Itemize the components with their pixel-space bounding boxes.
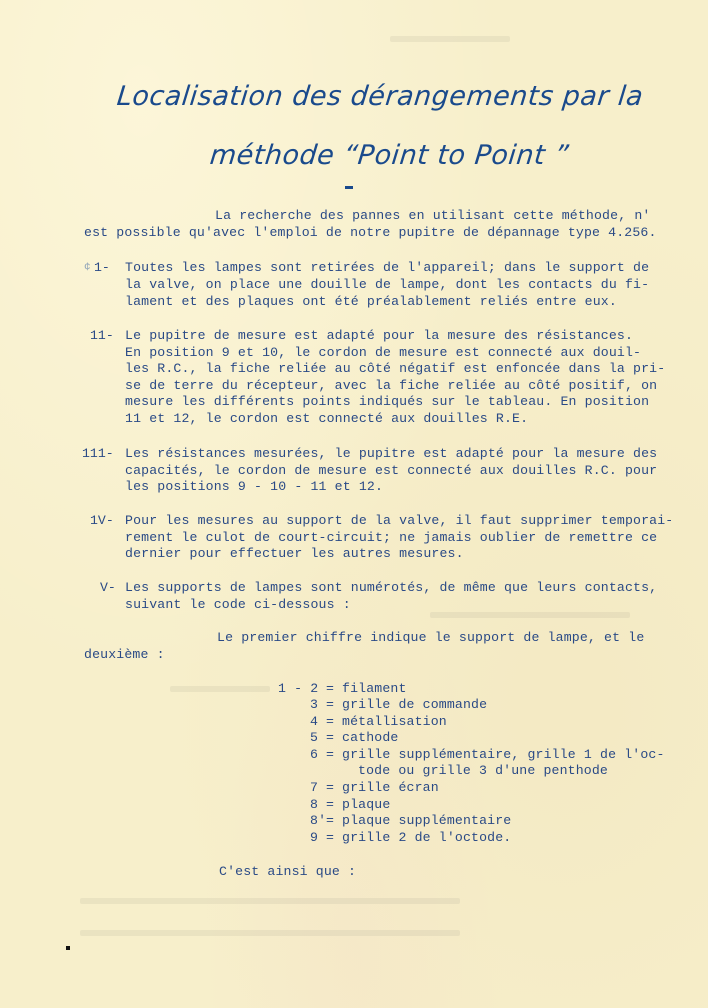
- code-key: 3: [310, 697, 318, 714]
- punch-dot: [66, 946, 70, 950]
- code-value: plaque supplémentaire: [342, 813, 511, 830]
- document-title-line1: Localisation des dérangements par la: [115, 81, 644, 112]
- code-value: plaque: [342, 797, 390, 814]
- code-equals: =: [326, 747, 334, 764]
- code-equals: =: [326, 813, 334, 830]
- code-value: filament: [342, 681, 407, 698]
- section-1-marker: 1-: [94, 260, 110, 275]
- section-1-line: Toutes les lampes sont retirées de l'app…: [125, 260, 649, 277]
- code-equals: =: [326, 830, 334, 847]
- section-2-line: mesure les différents points indiqués su…: [125, 394, 649, 411]
- code-intro-line-1: Le premier chiffre indique le support de…: [217, 630, 644, 647]
- section-2-line: En position 9 et 10, le cordon de mesure…: [125, 345, 641, 362]
- code-key: 5: [310, 730, 318, 747]
- section-3-marker: 111-: [82, 446, 114, 461]
- code-key: 8': [310, 813, 326, 830]
- code-value: grille écran: [342, 780, 439, 797]
- section-2-line: les R.C., la fiche reliée au côté négati…: [125, 361, 665, 378]
- section-3-line: les positions 9 - 10 - 11 et 12.: [125, 479, 383, 496]
- show-through-mark: [170, 686, 270, 692]
- code-value-continuation: tode ou grille 3 d'une penthode: [358, 763, 608, 780]
- handwritten-mark: ¢: [84, 262, 91, 274]
- code-intro-line-2: deuxième :: [84, 647, 165, 664]
- show-through-mark: [430, 612, 630, 618]
- code-key: 4: [310, 714, 318, 731]
- show-through-mark: [80, 898, 460, 904]
- code-equals: =: [326, 730, 334, 747]
- code-equals: =: [326, 797, 334, 814]
- code-equals: =: [326, 681, 334, 698]
- code-equals: =: [326, 780, 334, 797]
- intro-line-2: est possible qu'avec l'emploi de notre p…: [84, 225, 657, 242]
- code-key: 7: [310, 780, 318, 797]
- code-value: grille 2 de l'octode.: [342, 830, 511, 847]
- section-1-line: la valve, on place une douille de lampe,…: [125, 277, 649, 294]
- code-equals: =: [326, 697, 334, 714]
- section-1-line: lament et des plaques ont été préalablem…: [125, 294, 617, 311]
- title-underline-dash: [345, 186, 353, 189]
- section-3-line: Les résistances mesurées, le pupitre est…: [125, 446, 657, 463]
- section-5-marker: V-: [100, 580, 116, 595]
- section-4-line: Pour les mesures au support de la valve,…: [125, 513, 673, 530]
- closing-line: C'est ainsi que :: [219, 864, 356, 881]
- show-through-mark: [80, 930, 460, 936]
- code-equals: =: [326, 714, 334, 731]
- code-key: 8: [310, 797, 318, 814]
- section-2-line: se de terre du récepteur, avec la fiche …: [125, 378, 657, 395]
- section-4-marker: 1V-: [90, 513, 114, 528]
- section-3-line: capacités, le cordon de mesure est conne…: [125, 463, 657, 480]
- document-page: Localisation des dérangements par la mét…: [0, 0, 708, 1008]
- section-5-line: suivant le code ci-dessous :: [125, 597, 351, 614]
- code-value: métallisation: [342, 714, 447, 731]
- code-value: grille supplémentaire, grille 1 de l'oc-: [342, 747, 665, 764]
- document-title-line2: méthode “Point to Point ”: [208, 140, 570, 171]
- intro-line-1: La recherche des pannes en utilisant cet…: [215, 208, 650, 225]
- section-2-line: Le pupitre de mesure est adapté pour la …: [125, 328, 633, 345]
- code-value: cathode: [342, 730, 398, 747]
- code-key: 1 - 2: [278, 681, 318, 698]
- section-5-line: Les supports de lampes sont numérotés, d…: [125, 580, 657, 597]
- code-key: 9: [310, 830, 318, 847]
- section-2-line: 11 et 12, le cordon est connecté aux dou…: [125, 411, 528, 428]
- show-through-mark: [390, 36, 510, 42]
- section-2-marker: 11-: [90, 328, 114, 343]
- code-value: grille de commande: [342, 697, 487, 714]
- section-4-line: dernier pour effectuer les autres mesure…: [125, 546, 464, 563]
- code-key: 6: [310, 747, 318, 764]
- section-4-line: rement le culot de court-circuit; ne jam…: [125, 530, 657, 547]
